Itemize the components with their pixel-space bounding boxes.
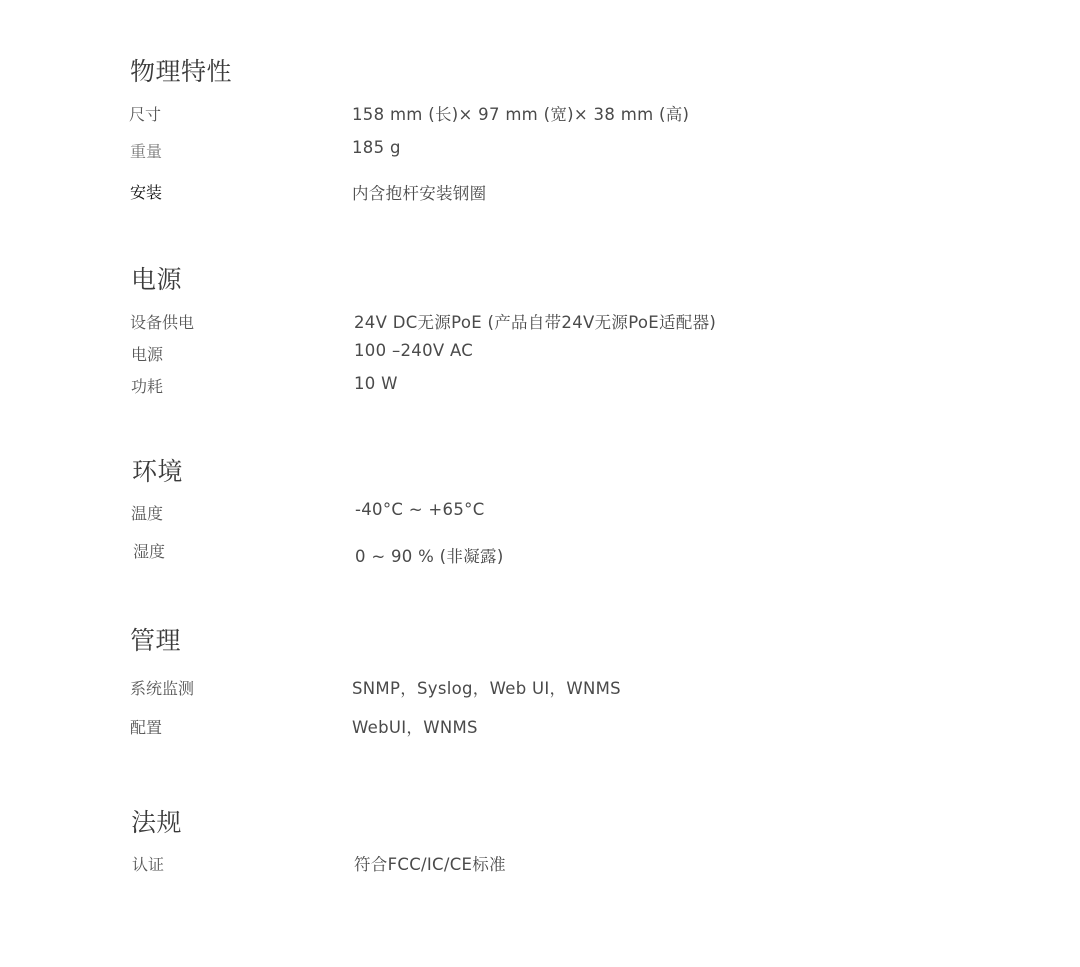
row-label-temperature: 温度 [131,501,163,524]
row-value-weight: 185 g [352,138,401,157]
row-label-dimensions: 尺寸 [129,102,161,125]
row-label-mounting: 安装 [130,180,162,203]
row-label-humidity: 湿度 [133,539,165,562]
row-value-mounting: 内含抱杆安装钢圈 [352,180,486,204]
row-label-power-consumption: 功耗 [131,374,163,397]
row-value-configuration: WebUI，WNMS [352,714,478,738]
row-value-power-input: 100 –240V AC [354,341,473,360]
row-label-certification: 认证 [132,852,164,875]
section-title-physical: 物理特性 [130,52,232,88]
section-title-environment: 环境 [132,452,183,488]
row-value-power-consumption: 10 W [354,374,398,393]
row-value-power-supply: 24V DC无源PoE (产品自带24V无源PoE适配器) [354,309,716,333]
row-label-weight: 重量 [130,139,162,162]
row-value-monitoring: SNMP，Syslog，Web UI，WNMS [352,675,621,699]
section-title-regulatory: 法规 [131,803,182,839]
row-label-power-input: 电源 [131,342,163,365]
row-label-configuration: 配置 [130,715,162,738]
row-value-certification: 符合FCC/IC/CE标准 [354,851,506,875]
row-value-temperature: -40°C ~ +65°C [355,500,485,519]
section-title-power: 电源 [131,260,182,296]
row-label-monitoring: 系统监测 [130,676,194,699]
section-title-management: 管理 [130,621,181,657]
row-label-power-supply: 设备供电 [130,310,194,333]
row-value-dimensions: 158 mm (长)× 97 mm (宽)× 38 mm (高) [352,101,689,125]
row-value-humidity: 0 ~ 90 % (非凝露) [355,543,504,567]
